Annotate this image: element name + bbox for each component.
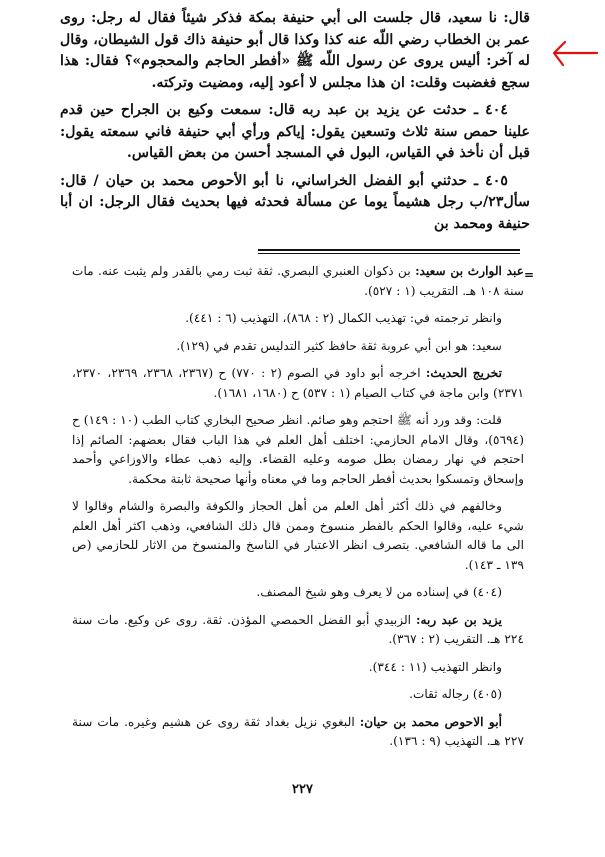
footnote-text: وانظر ترجمته في: تهذيب الكمال (٢ : ٨٦٨)،… [185,311,502,325]
footnote-text: سعيد: هو ابن أبي عروبة ثقة حافظ كثير الت… [176,339,502,353]
footnote-lead: عبد الوارث بن سعيد: [415,264,524,278]
footnote-yazid: يزيد بن عبد ربه: الزبيدي أبو الفضل الحمص… [72,611,524,650]
footnote-text: وانظر التهذيب (١١ : ٣٤٤). [369,660,502,674]
footnote-see-tahdhib: وانظر التهذيب (١١ : ٣٤٤). [72,658,524,678]
main-text: قال: نا سعيد، قال جلست الى أبي حنيفة بمك… [60,8,530,235]
footnote-saeed: سعيد: هو ابن أبي عروبة ثقة حافظ كثير الت… [72,337,524,357]
footnote-khalafahum: وخالفهم في ذلك أكثر أهل العلم من أهل الح… [72,497,524,575]
main-paragraph-404: ٤٠٤ ـ حدثت عن يزيد بن عبد ربه قال: سمعت … [60,100,530,165]
footnote-abulahwas: أبو الاحوص محمد بن حيان: البغوي نزيل بغد… [72,713,524,752]
footnote-separator-rule [258,249,520,254]
footnote-text: قلت: وقد ورد أنه ﷺ احتجم وهو صائم. انظر … [72,413,524,486]
main-text-block: قال: نا سعيد، قال جلست الى أبي حنيفة بمك… [60,8,530,241]
page-number: ٢٢٧ [0,782,605,797]
footnote-abdulwarith: عبد الوارث بن سعيد: بن ذكوان العنبري الب… [72,262,524,301]
footnote-lead: تخريج الحديث: [426,366,502,380]
footnote-see-translation: وانظر ترجمته في: تهذيب الكمال (٢ : ٨٦٨)،… [72,309,524,329]
footnote-text: وخالفهم في ذلك أكثر أهل العلم من أهل الح… [72,499,524,572]
footnote-continuation-mark: = [524,268,534,282]
main-paragraph-1: قال: نا سعيد، قال جلست الى أبي حنيفة بمك… [60,8,530,94]
footnote-lead: يزيد بن عبد ربه: [416,613,502,627]
footnote-text: (٤٠٥) رجاله ثقات. [409,687,502,701]
main-paragraph-405: ٤٠٥ ـ حدثني أبو الفضل الخراساني، نا أبو … [60,171,530,236]
footnote-lead: أبو الاحوص محمد بن حيان: [360,715,502,729]
footnote-qultu: قلت: وقد ورد أنه ﷺ احتجم وهو صائم. انظر … [72,411,524,489]
footnote-404: (٤٠٤) في إسناده من لا يعرف وهو شيخ المصن… [72,583,524,603]
footnote-405: (٤٠٥) رجاله ثقات. [72,685,524,705]
footnote-text: (٤٠٤) في إسناده من لا يعرف وهو شيخ المصن… [256,585,502,599]
footnote-takhrij: تخريج الحديث: اخرجه أبو داود في الصوم (٢… [72,364,524,403]
red-arrow-annotation-icon [547,38,599,68]
footnotes: عبد الوارث بن سعيد: بن ذكوان العنبري الب… [72,262,524,760]
